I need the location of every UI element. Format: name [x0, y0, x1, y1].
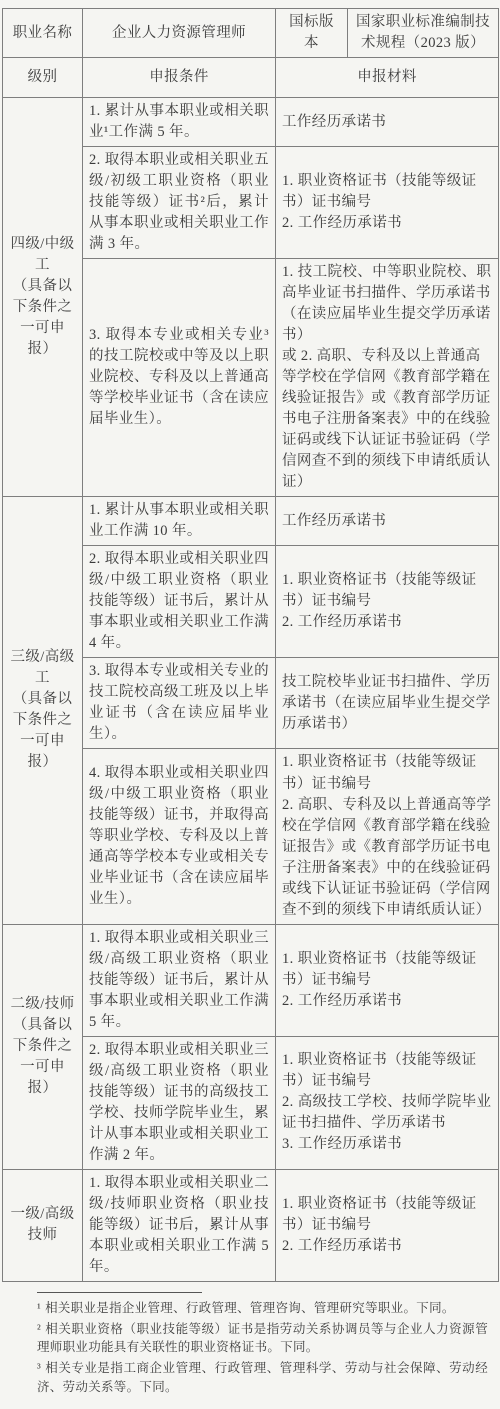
level-cell-2: 二级/技师 （具备以下条件之一可申报）: [3, 924, 83, 1169]
occupation-name-label: 职业名称: [3, 9, 83, 58]
level-note: （具备以下条件之一可申报）: [9, 689, 76, 773]
materials-cell: 工作经历承诺书: [276, 98, 499, 147]
level-note: （具备以下条件之一可申报）: [9, 1015, 76, 1099]
condition-cell: 3. 取得本专业或相关专业³的技工院校或中等及以上职业院校、专科及以上普通高等学…: [83, 259, 276, 497]
level-name: 四级/中级工: [9, 234, 76, 276]
footnote-text: 相关职业资格（职业技能等级）证书是指劳动关系协调员等与企业人力资源管理师职业功能…: [37, 1322, 488, 1355]
materials-cell: 1. 职业资格证书（技能等级证书）证书编号 2. 工作经历承诺书: [276, 147, 499, 259]
table-row: 二级/技师 （具备以下条件之一可申报） 1. 取得本职业或相关职业三级/高级工职…: [3, 924, 499, 1036]
table-row: 一级/高级技师 1. 取得本职业或相关职业二级/技师职业资格（职业技能等级）证书…: [3, 1169, 499, 1281]
condition-cell: 2. 取得本职业或相关职业五级/初级工职业资格（职业技能等级）证书²后，累计从事…: [83, 147, 276, 259]
standard-version-label: 国标版本: [276, 9, 348, 58]
materials-cell: 1. 职业资格证书（技能等级证书）证书编号 2. 高职、专科及以上普通高等学校在…: [276, 749, 499, 924]
footnote-separator-line: [37, 1292, 202, 1293]
materials-cell: 工作经历承诺书: [276, 497, 499, 546]
condition-cell: 1. 取得本职业或相关职业二级/技师职业资格（职业技能等级）证书后，累计从事本职…: [83, 1169, 276, 1281]
level-name: 一级/高级技师: [9, 1204, 76, 1246]
level-name: 三级/高级工: [9, 647, 76, 689]
document-page: 职业名称 企业人力资源管理师 国标版本 国家职业标准编制技术规程（2023 版）…: [0, 0, 500, 1409]
footnote-1: ¹相关职业是指企业管理、行政管理、管理咨询、管理研究等职业。下同。: [37, 1299, 488, 1318]
table-header-row-2: 级别 申报条件 申报材料: [3, 58, 499, 98]
materials-cell: 1. 技工院校、中等职业院校、职高毕业证书扫描件、学历承诺书（在读应届毕业生提交…: [276, 259, 499, 497]
level-cell-4: 四级/中级工 （具备以下条件之一可申报）: [3, 98, 83, 497]
footnote-marker: ³: [37, 1361, 41, 1375]
materials-cell: 1. 职业资格证书（技能等级证书）证书编号 2. 工作经历承诺书: [276, 924, 499, 1036]
qualification-table: 职业名称 企业人力资源管理师 国标版本 国家职业标准编制技术规程（2023 版）…: [2, 8, 499, 1282]
materials-cell: 1. 职业资格证书（技能等级证书）证书编号 2. 工作经历承诺书: [276, 546, 499, 658]
level-note: （具备以下条件之一可申报）: [9, 276, 76, 360]
condition-cell: 3. 取得本专业或相关专业的技工院校高级工班及以上毕业证书（含在读应届毕业生）。: [83, 658, 276, 749]
footnote-2: ²相关职业资格（职业技能等级）证书是指劳动关系协调员等与企业人力资源管理师职业功…: [37, 1320, 488, 1358]
footnote-marker: ¹: [37, 1301, 41, 1315]
condition-cell: 2. 取得本职业或相关职业三级/高级工职业资格（职业技能等级）证书的高级技工学校…: [83, 1036, 276, 1169]
level-column-label: 级别: [3, 58, 83, 98]
table-row: 四级/中级工 （具备以下条件之一可申报） 1. 累计从事本职业或相关职业¹工作满…: [3, 98, 499, 147]
condition-cell: 1. 累计从事本职业或相关职业工作满 10 年。: [83, 497, 276, 546]
conditions-column-label: 申报条件: [83, 58, 276, 98]
materials-column-label: 申报材料: [276, 58, 499, 98]
footnote-text: 相关专业是指工商企业管理、行政管理、管理科学、劳动与社会保障、劳动经济、劳动关系…: [37, 1361, 488, 1394]
level-name: 二级/技师: [9, 994, 76, 1015]
condition-cell: 1. 累计从事本职业或相关职业¹工作满 5 年。: [83, 98, 276, 147]
condition-cell: 1. 取得本职业或相关职业三级/高级工职业资格（职业技能等级）证书后，累计从事本…: [83, 924, 276, 1036]
footnote-marker: ²: [37, 1322, 41, 1336]
materials-cell: 技工院校毕业证书扫描件、学历承诺书（在读应届毕业生提交学历承诺书）: [276, 658, 499, 749]
table-row: 三级/高级工 （具备以下条件之一可申报） 1. 累计从事本职业或相关职业工作满 …: [3, 497, 499, 546]
materials-cell: 1. 职业资格证书（技能等级证书）证书编号 2. 高级技工学校、技师学院毕业证书…: [276, 1036, 499, 1169]
footnote-text: 相关职业是指企业管理、行政管理、管理咨询、管理研究等职业。下同。: [45, 1301, 455, 1315]
table-header-row-1: 职业名称 企业人力资源管理师 国标版本 国家职业标准编制技术规程（2023 版）: [3, 9, 499, 58]
condition-cell: 2. 取得本职业或相关职业四级/中级工职业资格（职业技能等级）证书后，累计从事本…: [83, 546, 276, 658]
footnote-3: ³相关专业是指工商企业管理、行政管理、管理科学、劳动与社会保障、劳动经济、劳动关…: [37, 1359, 488, 1397]
occupation-name-value: 企业人力资源管理师: [83, 9, 276, 58]
standard-version-value: 国家职业标准编制技术规程（2023 版）: [348, 9, 499, 58]
condition-cell: 4. 取得本职业或相关职业四级/中级工职业资格（职业技能等级）证书，并取得高等职…: [83, 749, 276, 924]
footnotes: ¹相关职业是指企业管理、行政管理、管理咨询、管理研究等职业。下同。 ²相关职业资…: [37, 1292, 488, 1397]
materials-cell: 1. 职业资格证书（技能等级证书）证书编号 2. 工作经历承诺书: [276, 1169, 499, 1281]
level-cell-1: 一级/高级技师: [3, 1169, 83, 1281]
level-cell-3: 三级/高级工 （具备以下条件之一可申报）: [3, 497, 83, 924]
